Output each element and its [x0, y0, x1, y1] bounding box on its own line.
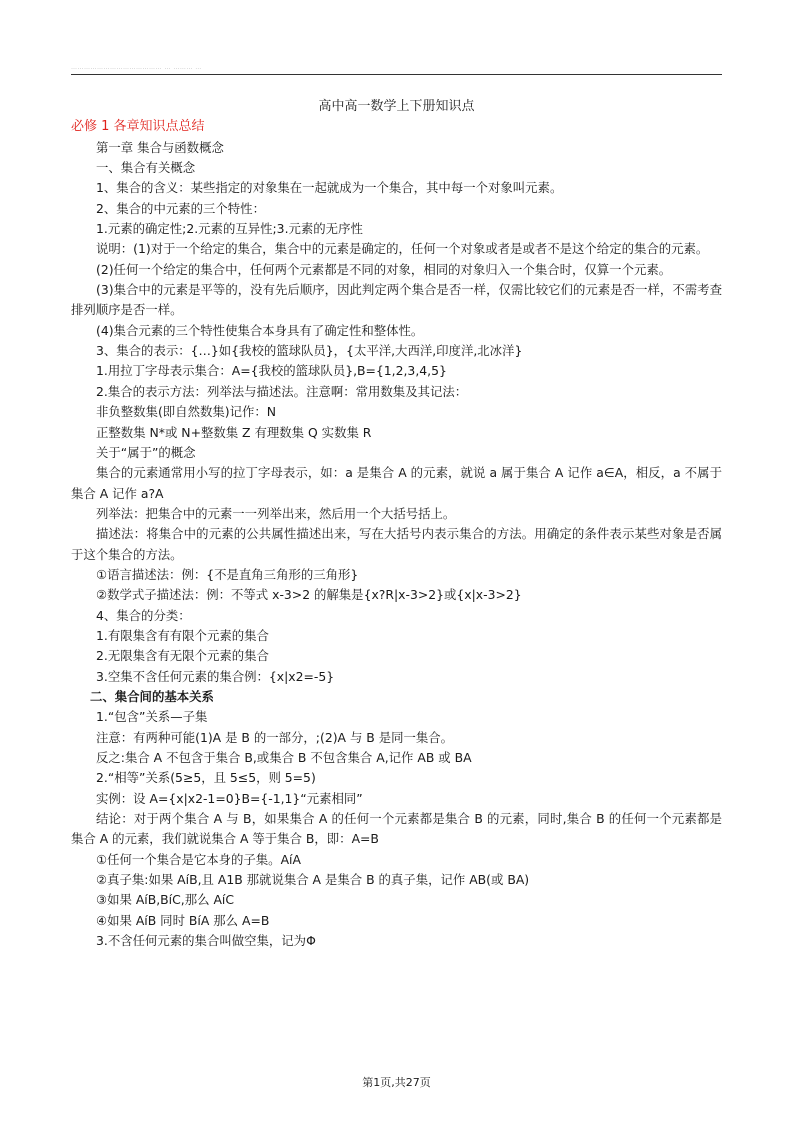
text-line: 1、集合的含义：某些指定的对象集在一起就成为一个集合，其中每一个对象叫元素。: [71, 178, 722, 198]
text-line: 关于“属于”的概念: [71, 443, 722, 463]
text-line: 正整数集 N*或 N+整数集 Z 有理数集 Q 实数集 R: [71, 423, 722, 443]
text-line: 实例：设 A={x|x2-1=0}B={-1,1}“元素相同”: [71, 789, 722, 809]
section-heading: 必修 1 各章知识点总结: [71, 117, 722, 137]
text-paragraph: (2)任何一个给定的集合中，任何两个元素都是不同的对象，相同的对象归入一个集合时…: [71, 260, 722, 280]
text-line: 1.“包含”关系—子集: [71, 707, 722, 727]
header-faint-text: …………………………………… … ……… …: [71, 64, 202, 71]
text-line: 注意：有两种可能(1)A 是 B 的一部分，;(2)A 与 B 是同一集合。: [71, 728, 722, 748]
text-paragraph: 描述法：将集合中的元素的公共属性描述出来，写在大括号内表示集合的方法。用确定的条…: [71, 524, 722, 565]
text-line: 2.集合的表示方法：列举法与描述法。注意啊：常用数集及其记法：: [71, 382, 722, 402]
text-paragraph: 说明：(1)对于一个给定的集合，集合中的元素是确定的，任何一个对象或者是或者不是…: [71, 239, 722, 259]
text-line: ③如果 AíB,BíC,那么 AíC: [71, 890, 722, 910]
text-line: ②真子集:如果 AíB,且 A1B 那就说集合 A 是集合 B 的真子集，记作 …: [71, 870, 722, 890]
text-line: 1.元素的确定性;2.元素的互异性;3.元素的无序性: [71, 219, 722, 239]
text-paragraph: 结论：对于两个集合 A 与 B，如果集合 A 的任何一个元素都是集合 B 的元素…: [71, 809, 722, 850]
text-line: 反之:集合 A 不包含于集合 B,或集合 B 不包含集合 A,记作 AB 或 B…: [71, 748, 722, 768]
page-indicator: 第1页,共27页: [0, 1074, 793, 1090]
chapter-title: 第一章 集合与函数概念: [71, 138, 722, 158]
text-line: 2.无限集含有无限个元素的集合: [71, 646, 722, 666]
text-line: 1.用拉丁字母表示集合：A={我校的篮球队员},B={1,2,3,4,5}: [71, 361, 722, 381]
text-line: ④如果 AíB 同时 BíA 那么 A=B: [71, 911, 722, 931]
part1-heading: 一、集合有关概念: [71, 158, 722, 178]
text-line: ①任何一个集合是它本身的子集。AíA: [71, 850, 722, 870]
part2-heading: 二、集合间的基本关系: [71, 687, 722, 707]
text-line: 3、集合的表示：{…}如{我校的篮球队员}，{太平洋,大西洋,印度洋,北冰洋}: [71, 341, 722, 361]
header-rule: [71, 74, 722, 75]
text-line: 3.空集不含任何元素的集合例：{x|x2=-5}: [71, 667, 722, 687]
text-line: ②数学式子描述法：例：不等式 x-3>2 的解集是{x?R|x-3>2}或{x|…: [71, 585, 722, 605]
text-line: 3.不含任何元素的集合叫做空集，记为Φ: [71, 931, 722, 951]
text-paragraph: 集合的元素通常用小写的拉丁字母表示，如：a 是集合 A 的元素，就说 a 属于集…: [71, 463, 722, 504]
document-page: 高中高一数学上下册知识点 必修 1 各章知识点总结 第一章 集合与函数概念 一、…: [71, 97, 722, 951]
text-line: 4、集合的分类：: [71, 606, 722, 626]
text-line: ①语言描述法：例：{不是直角三角形的三角形}: [71, 565, 722, 585]
text-line: 2.“相等”关系(5≥5，且 5≤5，则 5=5): [71, 768, 722, 788]
text-line: 列举法：把集合中的元素一一列举出来，然后用一个大括号括上。: [71, 504, 722, 524]
text-line: (4)集合元素的三个特性使集合本身具有了确定性和整体性。: [71, 321, 722, 341]
document-title: 高中高一数学上下册知识点: [71, 97, 722, 117]
text-paragraph: (3)集合中的元素是平等的，没有先后顺序，因此判定两个集合是否一样，仅需比较它们…: [71, 280, 722, 321]
text-line: 非负整数集(即自然数集)记作：N: [71, 402, 722, 422]
text-line: 2、集合的中元素的三个特性：: [71, 199, 722, 219]
text-line: 1.有限集含有有限个元素的集合: [71, 626, 722, 646]
